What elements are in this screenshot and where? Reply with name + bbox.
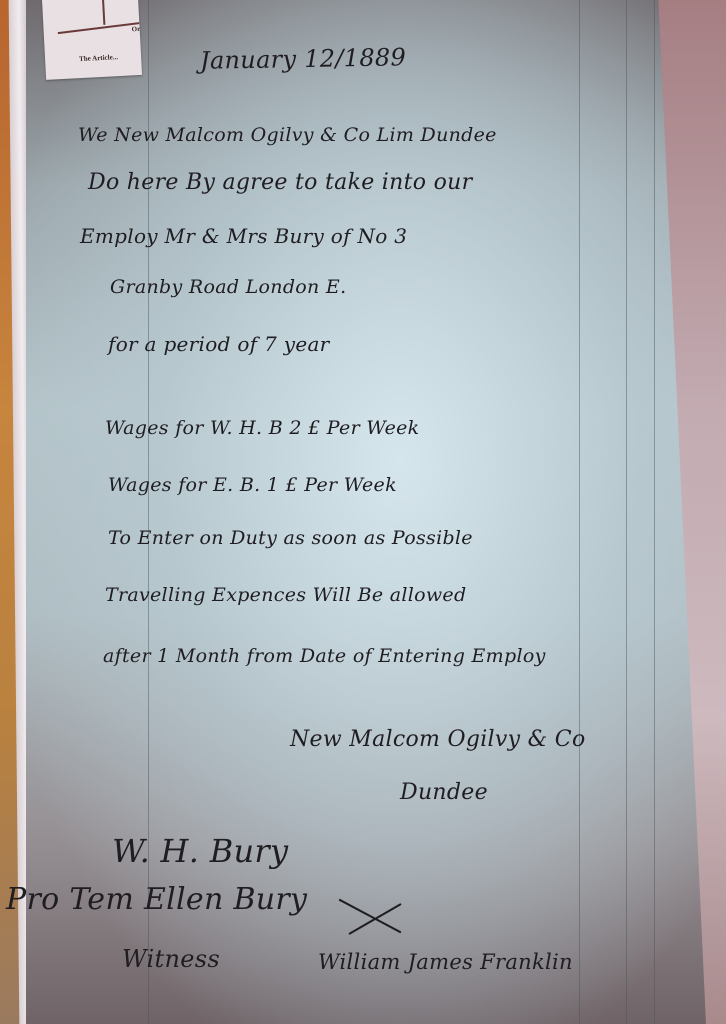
employee-signature-wife: Pro Tem Ellen Bury xyxy=(6,882,307,917)
witness-label: Witness xyxy=(122,945,220,973)
body-line: Wages for E. B. 1 £ Per Week xyxy=(108,474,397,496)
document-date: January 12/1889 xyxy=(200,43,406,75)
body-line: for a period of 7 year xyxy=(108,332,330,356)
body-line: To Enter on Duty as soon as Possible xyxy=(108,527,473,549)
column-rule xyxy=(626,0,627,1024)
body-line: Wages for W. H. B 2 £ Per Week xyxy=(105,417,419,439)
body-line: Granby Road London E. xyxy=(110,276,346,298)
label-text: The Article... xyxy=(79,53,118,63)
label-rule xyxy=(102,0,105,25)
corner-label: Or The Article... xyxy=(42,0,142,80)
employee-signature-husband: W. H. Bury xyxy=(112,832,288,870)
ledger-page xyxy=(26,0,706,1024)
body-line: Employ Mr & Mrs Bury of No 3 xyxy=(80,224,407,248)
company-signature: New Malcom Ogilvy & Co xyxy=(290,727,586,752)
company-city: Dundee xyxy=(400,780,488,805)
margin-rule xyxy=(148,0,149,1024)
witness-signature: William James Franklin xyxy=(318,950,573,974)
label-text: Or xyxy=(131,25,140,33)
body-line: Do here By agree to take into our xyxy=(88,170,472,195)
body-line: after 1 Month from Date of Entering Empl… xyxy=(103,645,546,667)
column-rule xyxy=(579,0,580,1024)
body-line: Travelling Expences Will Be allowed xyxy=(105,584,466,606)
body-line: We New Malcom Ogilvy & Co Lim Dundee xyxy=(78,124,497,146)
label-rule xyxy=(58,22,140,34)
column-rule xyxy=(654,0,655,1024)
